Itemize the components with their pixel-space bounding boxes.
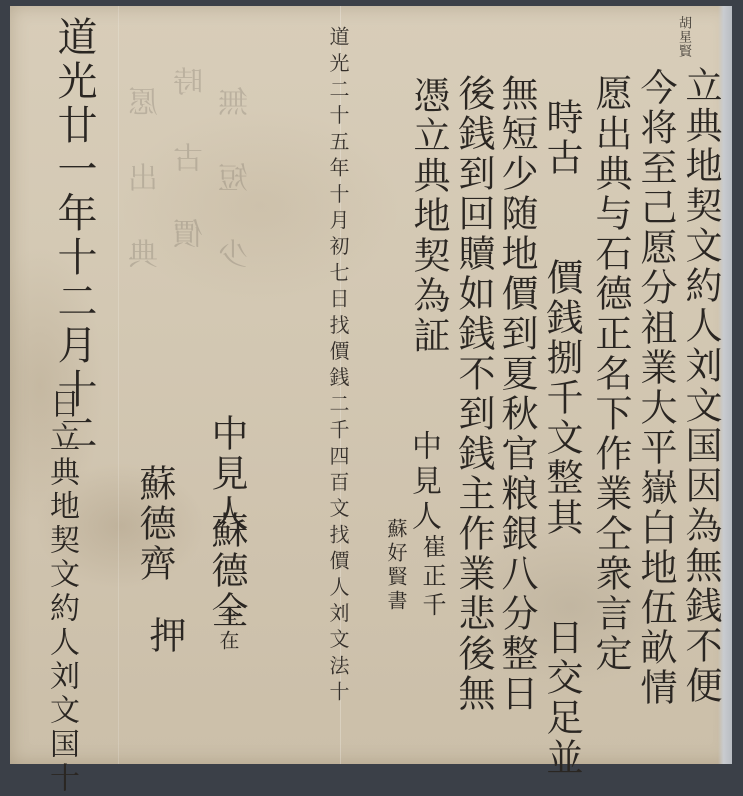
bleed-through-text: 時 古 價 <box>170 66 214 256</box>
contract-line-5: 無短少随地價到夏秋官粮銀八分整日 <box>498 74 535 714</box>
contract-line-1: 立典地契文約人刘文国因為無銭不便 <box>682 66 719 706</box>
witness-note: 全在 <box>218 606 238 654</box>
document-frame: 無 短 少 時 古 價 愿 出 典 胡星賢 立典地契文約人刘文国因為無銭不便 今… <box>0 0 743 768</box>
contract-line-2: 今将至己愿分祖業大平嶽白地伍畝情 <box>637 68 674 708</box>
supplement-line: 道光二十五年十月初七日找價銭二千四百文找價人刘文法十 <box>328 26 348 707</box>
bleed-through-text: 無 短 少 <box>215 86 259 276</box>
witness-name-middle: 崔正千 <box>420 534 444 621</box>
witness-label-middle: 中見人 <box>408 430 438 535</box>
contract-line-6: 後銭到回贖如銭不到銭主作業悲後無 <box>455 74 492 714</box>
signature-mark: 押 <box>146 616 183 656</box>
contract-line-3: 愿出典与石德正名下作業仝衆言定 <box>592 74 629 674</box>
scribe-name: 蘇好賢書 <box>386 518 406 614</box>
bleed-through-text: 愿 出 典 <box>125 86 169 276</box>
paper-sheet: 無 短 少 時 古 價 愿 出 典 胡星賢 立典地契文約人刘文国因為無銭不便 今… <box>10 6 732 764</box>
fold-line <box>118 6 119 764</box>
date-tail-line: 日立典地契文約人刘文国十 <box>46 388 76 768</box>
contract-line-4: 時古 價銭捌千文整其 日交足並 <box>543 98 580 768</box>
annotation-top-right: 胡星賢 <box>677 16 690 58</box>
signature-name: 蘇德齊 <box>136 464 173 584</box>
contract-line-7: 憑立典地契為証 <box>410 76 447 356</box>
